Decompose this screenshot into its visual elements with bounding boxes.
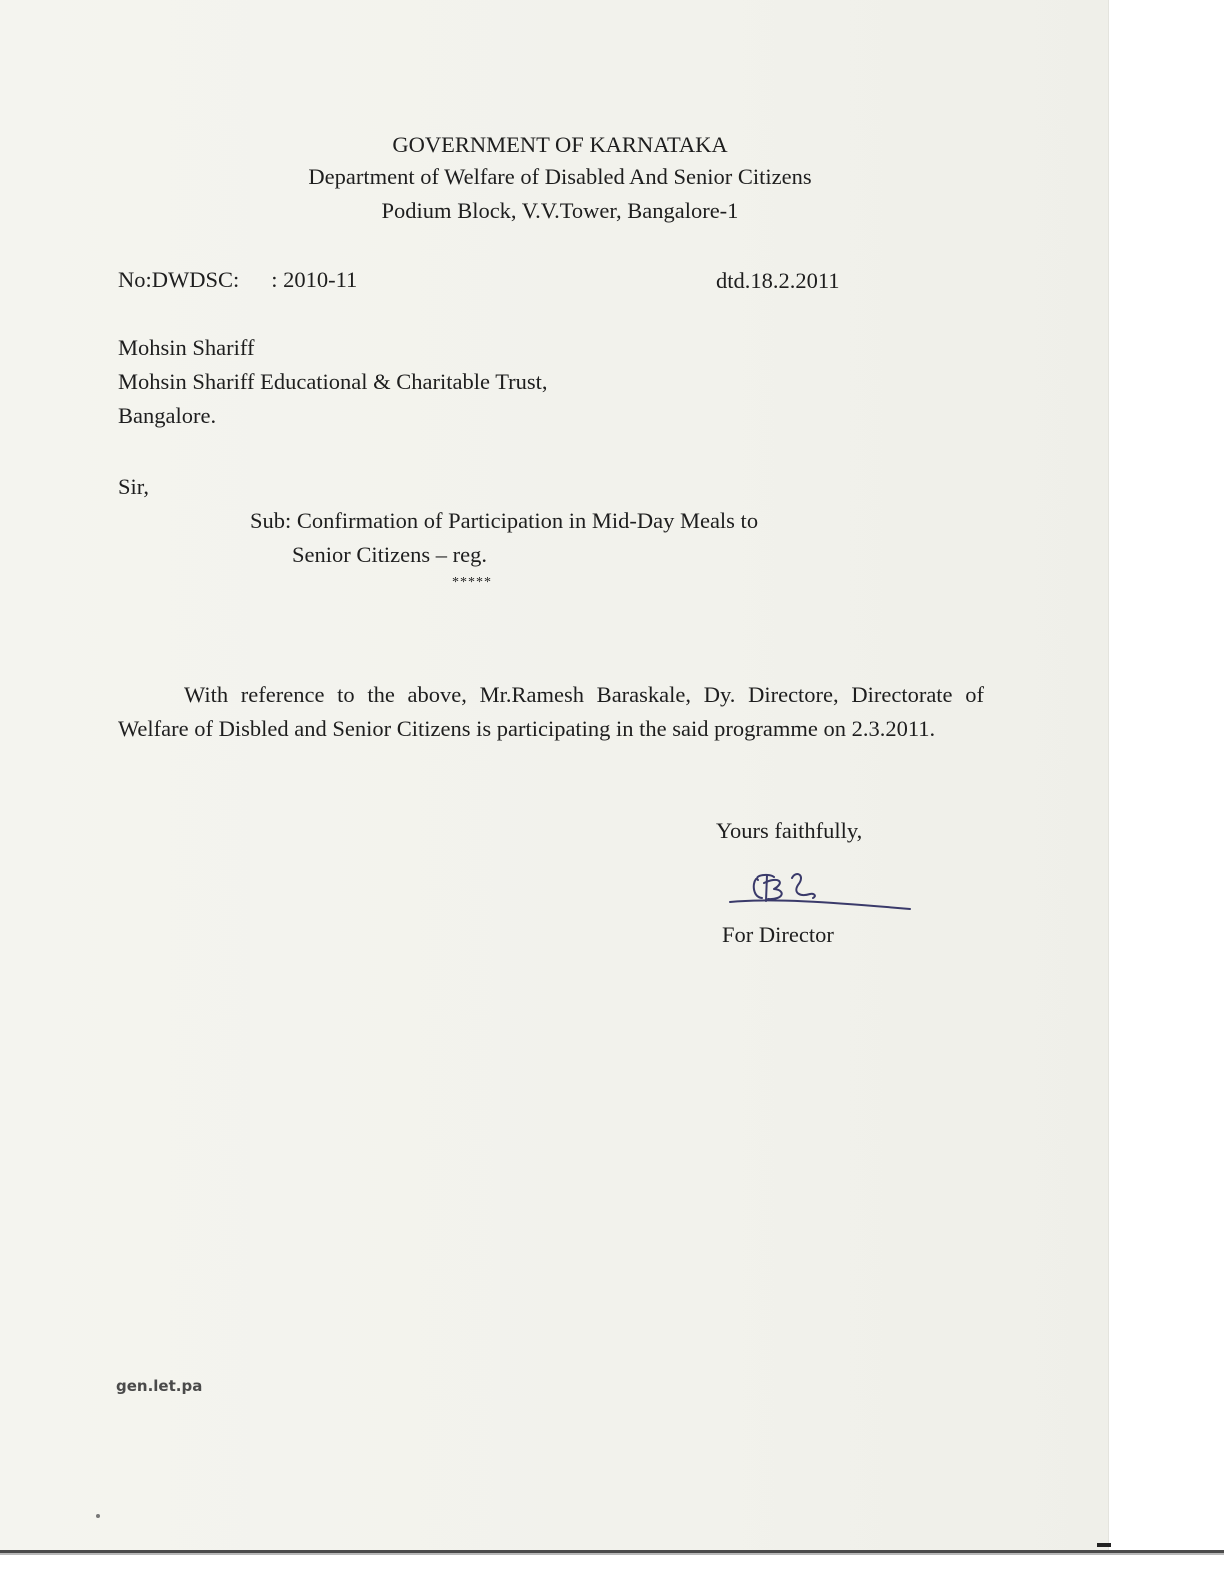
signatory: For Director xyxy=(722,924,834,947)
letterhead-address: Podium Block, V.V.Tower, Bangalore-1 xyxy=(240,200,880,223)
closing: Yours faithfully, xyxy=(716,820,862,843)
letter-body: With reference to the above, Mr.Ramesh B… xyxy=(118,678,984,746)
subject-separator: ***** xyxy=(452,576,492,590)
reference-number-value: : 2010-11 xyxy=(271,267,357,292)
salutation: Sir, xyxy=(118,476,149,499)
subject-line-2: Senior Citizens – reg. xyxy=(292,544,487,567)
recipient-name: Mohsin Shariff xyxy=(118,337,254,360)
letterhead-department: Department of Welfare of Disabled And Se… xyxy=(240,166,880,189)
recipient-city: Bangalore. xyxy=(118,405,216,428)
subject-line-1: Sub: Confirmation of Participation in Mi… xyxy=(250,510,758,533)
letter-date: dtd.18.2.2011 xyxy=(716,270,840,293)
recipient-organization: Mohsin Shariff Educational & Charitable … xyxy=(118,371,548,394)
scan-speck xyxy=(96,1514,100,1518)
letter-page xyxy=(0,0,1109,1553)
footer-document-code: gen.let.pa xyxy=(116,1377,202,1395)
reference-number-label: No:DWDSC: xyxy=(118,267,239,292)
page-bottom-shadow xyxy=(0,1553,1224,1555)
letterhead-government: GOVERNMENT OF KARNATAKA xyxy=(240,134,880,157)
scan-edge-mark xyxy=(1097,1543,1111,1547)
reference-number: No:DWDSC:: 2010-11 xyxy=(118,269,357,292)
